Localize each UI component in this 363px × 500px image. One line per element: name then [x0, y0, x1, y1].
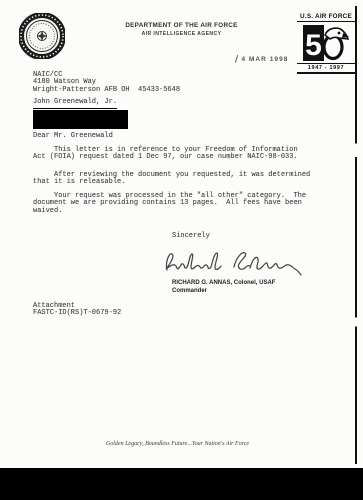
salutation: Dear Mr. Greenewald	[33, 133, 113, 140]
eagle-50-icon: 5	[303, 25, 349, 61]
anniversary-logo-title: U.S. AIR FORCE	[297, 13, 355, 22]
signer-title: Commander	[172, 288, 207, 294]
scan-bottom-bar	[0, 468, 363, 500]
attachment-block: Attachment FASTC-ID(RS)T-0679-92	[33, 303, 121, 318]
redaction-bar	[33, 110, 128, 129]
anniversary-logo-emblem: 5	[303, 25, 349, 61]
signature-script	[160, 246, 302, 278]
addressee-name: John Greenewald, Jr.	[33, 99, 117, 109]
footer-slogan: Golden Legacy, Boundless Future...Your N…	[0, 441, 355, 447]
office-address: NAIC/CC 4180 Watson Way Wright-Patterson…	[33, 72, 180, 94]
anniversary-years: 1947 - 1997	[297, 63, 355, 74]
anniversary-logo: U.S. AIR FORCE 5 1947 - 1997	[297, 13, 355, 74]
body-paragraph-3: Your request was processed in the "all o…	[33, 193, 306, 215]
body-paragraph-2: After reviewing the document you request…	[33, 172, 310, 187]
date-stamp: 4 MAR 1998	[236, 55, 288, 63]
body-paragraph-1: This letter is in reference to your Free…	[33, 147, 298, 162]
closing-word: Sincerely	[172, 233, 210, 240]
date-stamp-text: 4 MAR 1998	[241, 56, 288, 63]
signer-name: RICHARD G. ANNAS, Colonel, USAF	[172, 280, 275, 286]
stamp-mark	[235, 55, 239, 63]
scan-edge-line	[355, 6, 357, 464]
scanned-letter-page: DEPARTMENT OF THE AIR FORCE AIR INTELLIG…	[0, 0, 363, 500]
svg-text:5: 5	[305, 29, 322, 61]
